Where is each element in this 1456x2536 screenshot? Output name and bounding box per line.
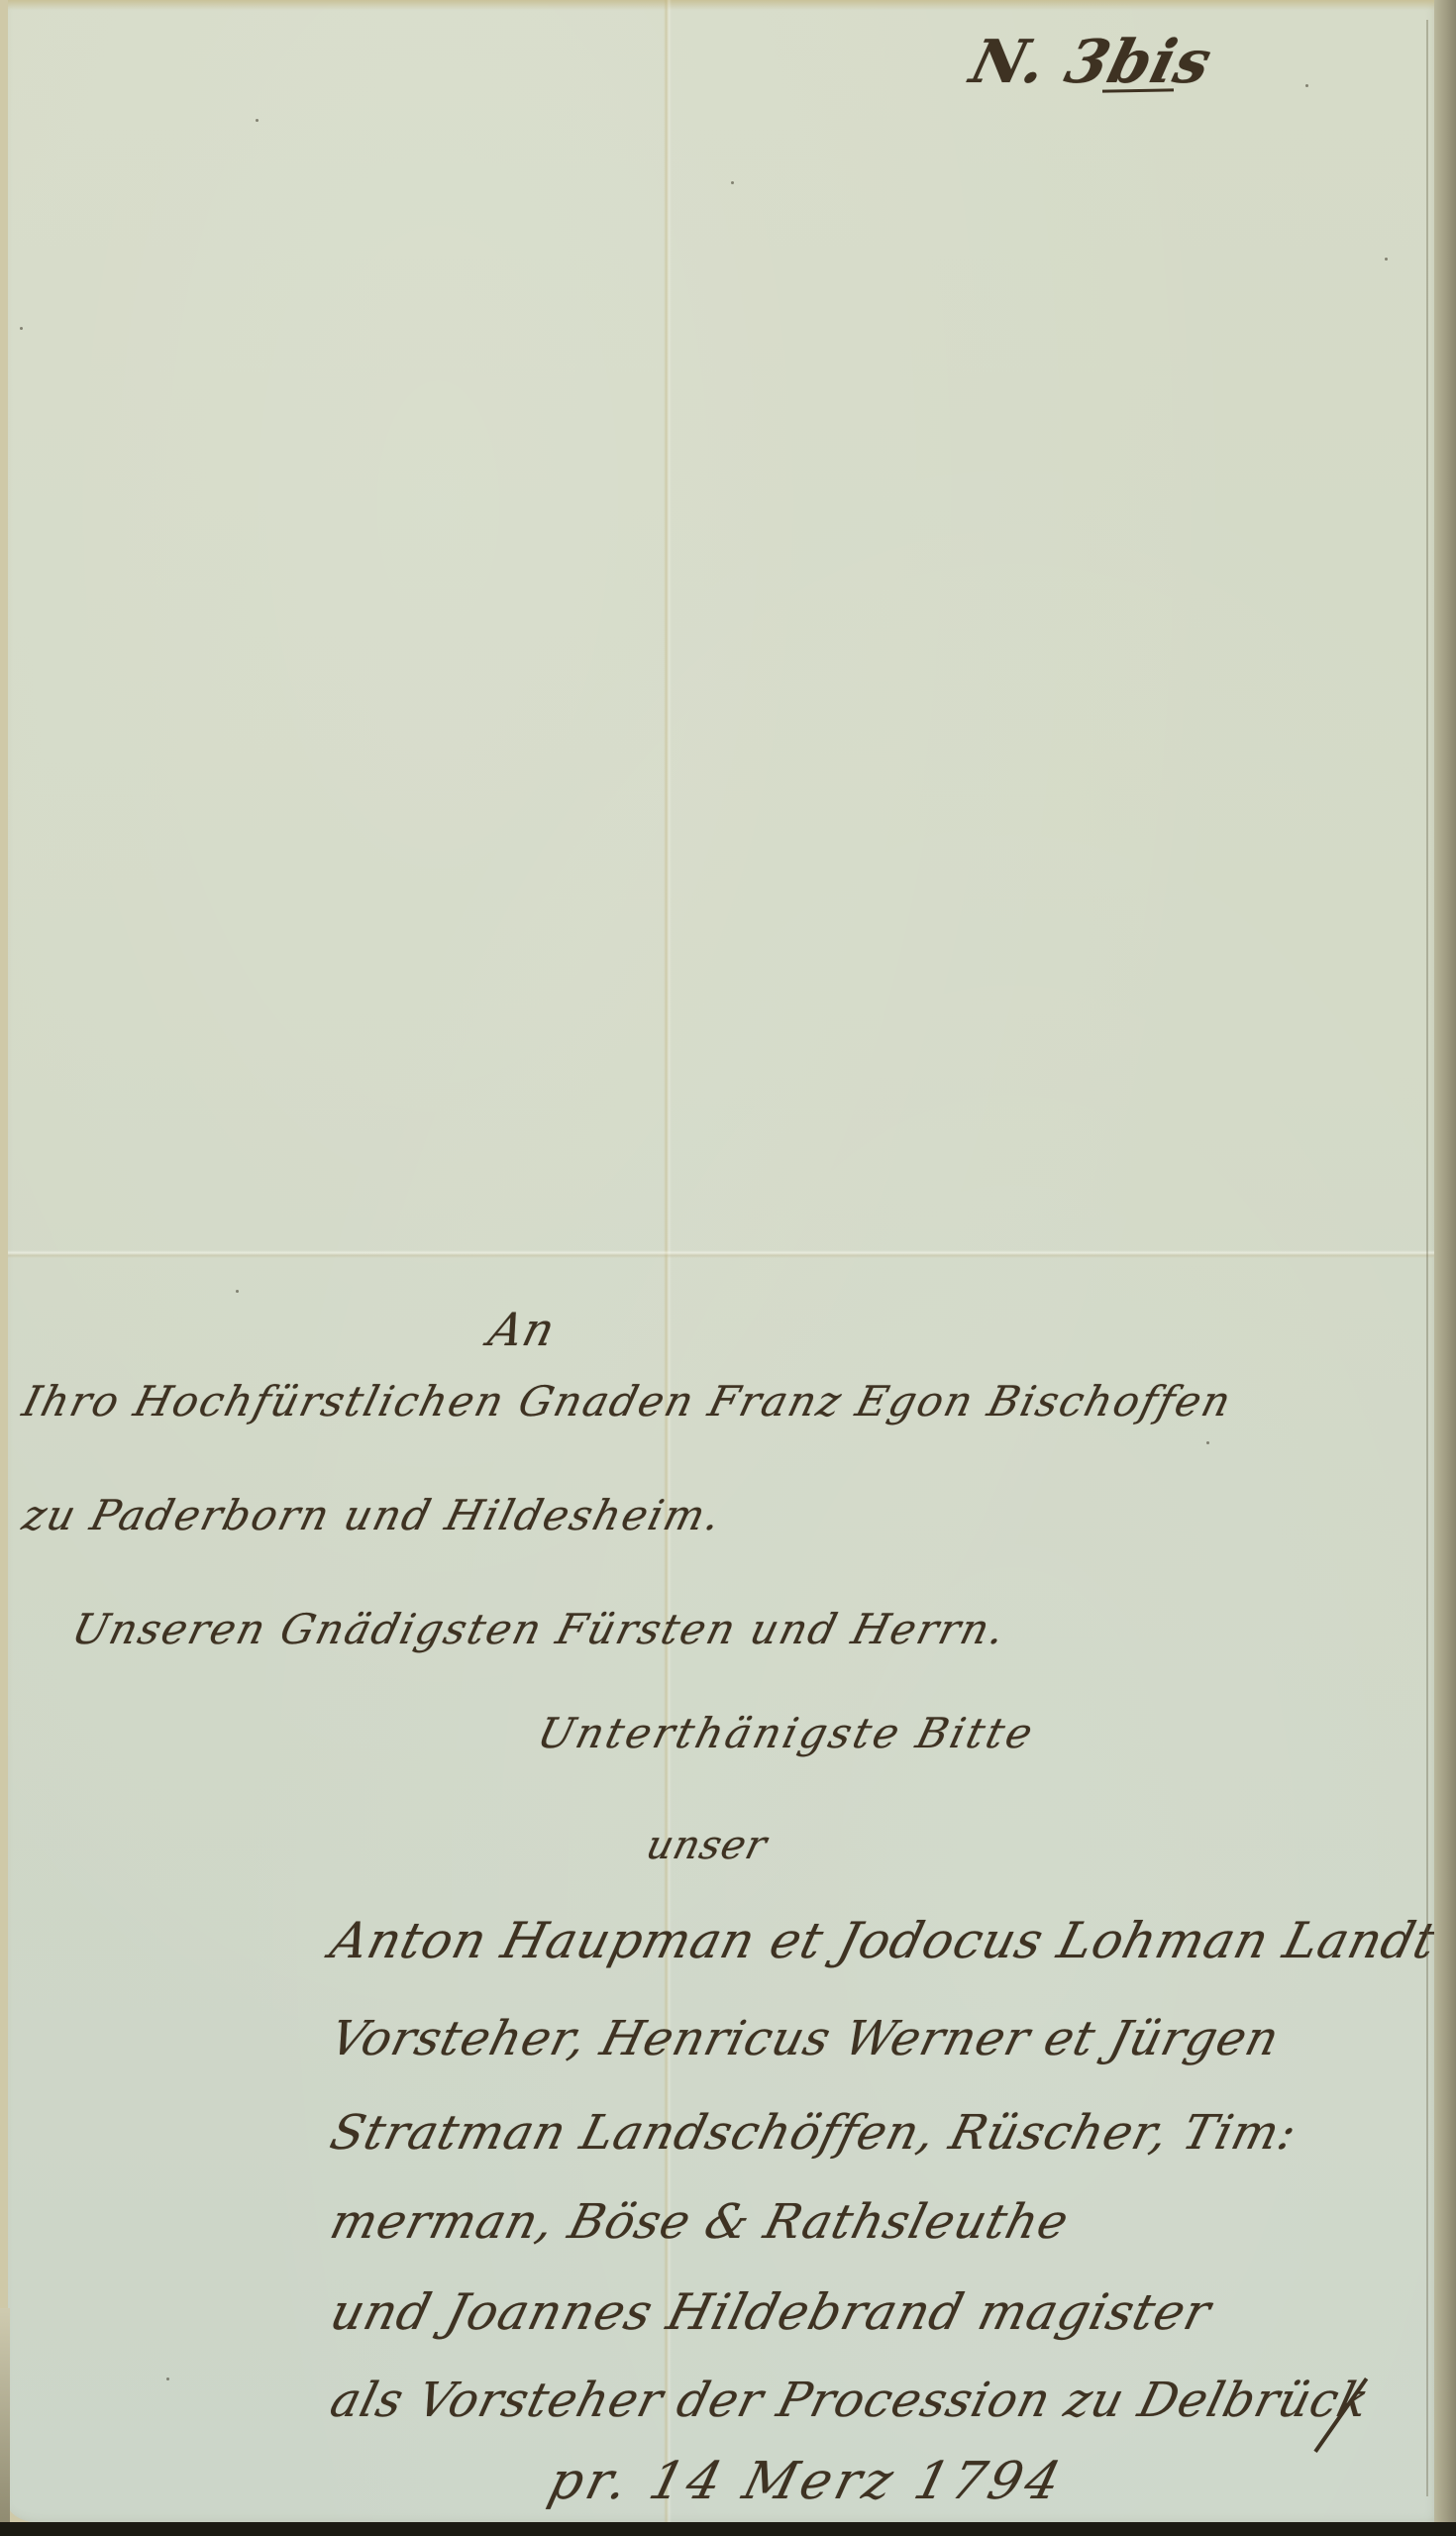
underlying-page-edge xyxy=(1434,0,1456,2536)
unser-line: unser xyxy=(642,1823,772,1868)
petitioner-line-2: Vorsteher, Henricus Werner et Jürgen xyxy=(325,2011,1285,2066)
petitioner-line-3: Stratman Landschöffen, Rüscher, Tim: xyxy=(325,2105,1302,2161)
address-line-1: Ihro Hochfürstlichen Gnaden Franz Egon B… xyxy=(18,1377,1237,1426)
petitioner-line-4: merman, Böse & Rathsleuthe xyxy=(325,2194,1075,2250)
paper-speck xyxy=(166,2377,169,2380)
paper-speck xyxy=(1385,258,1388,261)
paper-speck xyxy=(20,327,23,330)
horizontal-fold-line xyxy=(8,1250,1442,1258)
paper-speck xyxy=(1305,84,1308,87)
paper-page: N. 3bis An Ihro Hochfürstlichen Gnaden F… xyxy=(8,0,1442,2524)
subject-heading: Unterthänigste Bitte xyxy=(533,1709,1040,1757)
binding-edge xyxy=(0,2308,10,2536)
petitioner-line-1: Anton Haupman et Jodocus Lohman Landt xyxy=(325,1912,1443,1969)
petitioner-line-5: und Joannes Hildebrand magister xyxy=(325,2283,1217,2341)
scan-bottom-shadow xyxy=(0,2522,1456,2536)
top-edge-stain xyxy=(8,0,1442,10)
document-scan: N. 3bis An Ihro Hochfürstlichen Gnaden F… xyxy=(0,0,1456,2536)
petitioner-line-6: als Vorsteher der Procession zu Delbrück xyxy=(325,2373,1375,2428)
salutation-an: An xyxy=(483,1303,561,1356)
paper-speck xyxy=(256,119,259,122)
address-line-2: zu Paderborn und Hildesheim. xyxy=(18,1491,727,1539)
paper-speck xyxy=(1206,1441,1209,1444)
page-edge-line xyxy=(1426,20,1428,2496)
address-line-3: Unseren Gnädigsten Fürsten und Herrn. xyxy=(67,1605,1011,1653)
receipt-date: pr. 14 Merz 1794 xyxy=(543,2452,1070,2511)
folio-number: N. 3bis xyxy=(964,28,1219,97)
paper-speck xyxy=(236,1290,239,1293)
paper-speck xyxy=(731,181,734,184)
